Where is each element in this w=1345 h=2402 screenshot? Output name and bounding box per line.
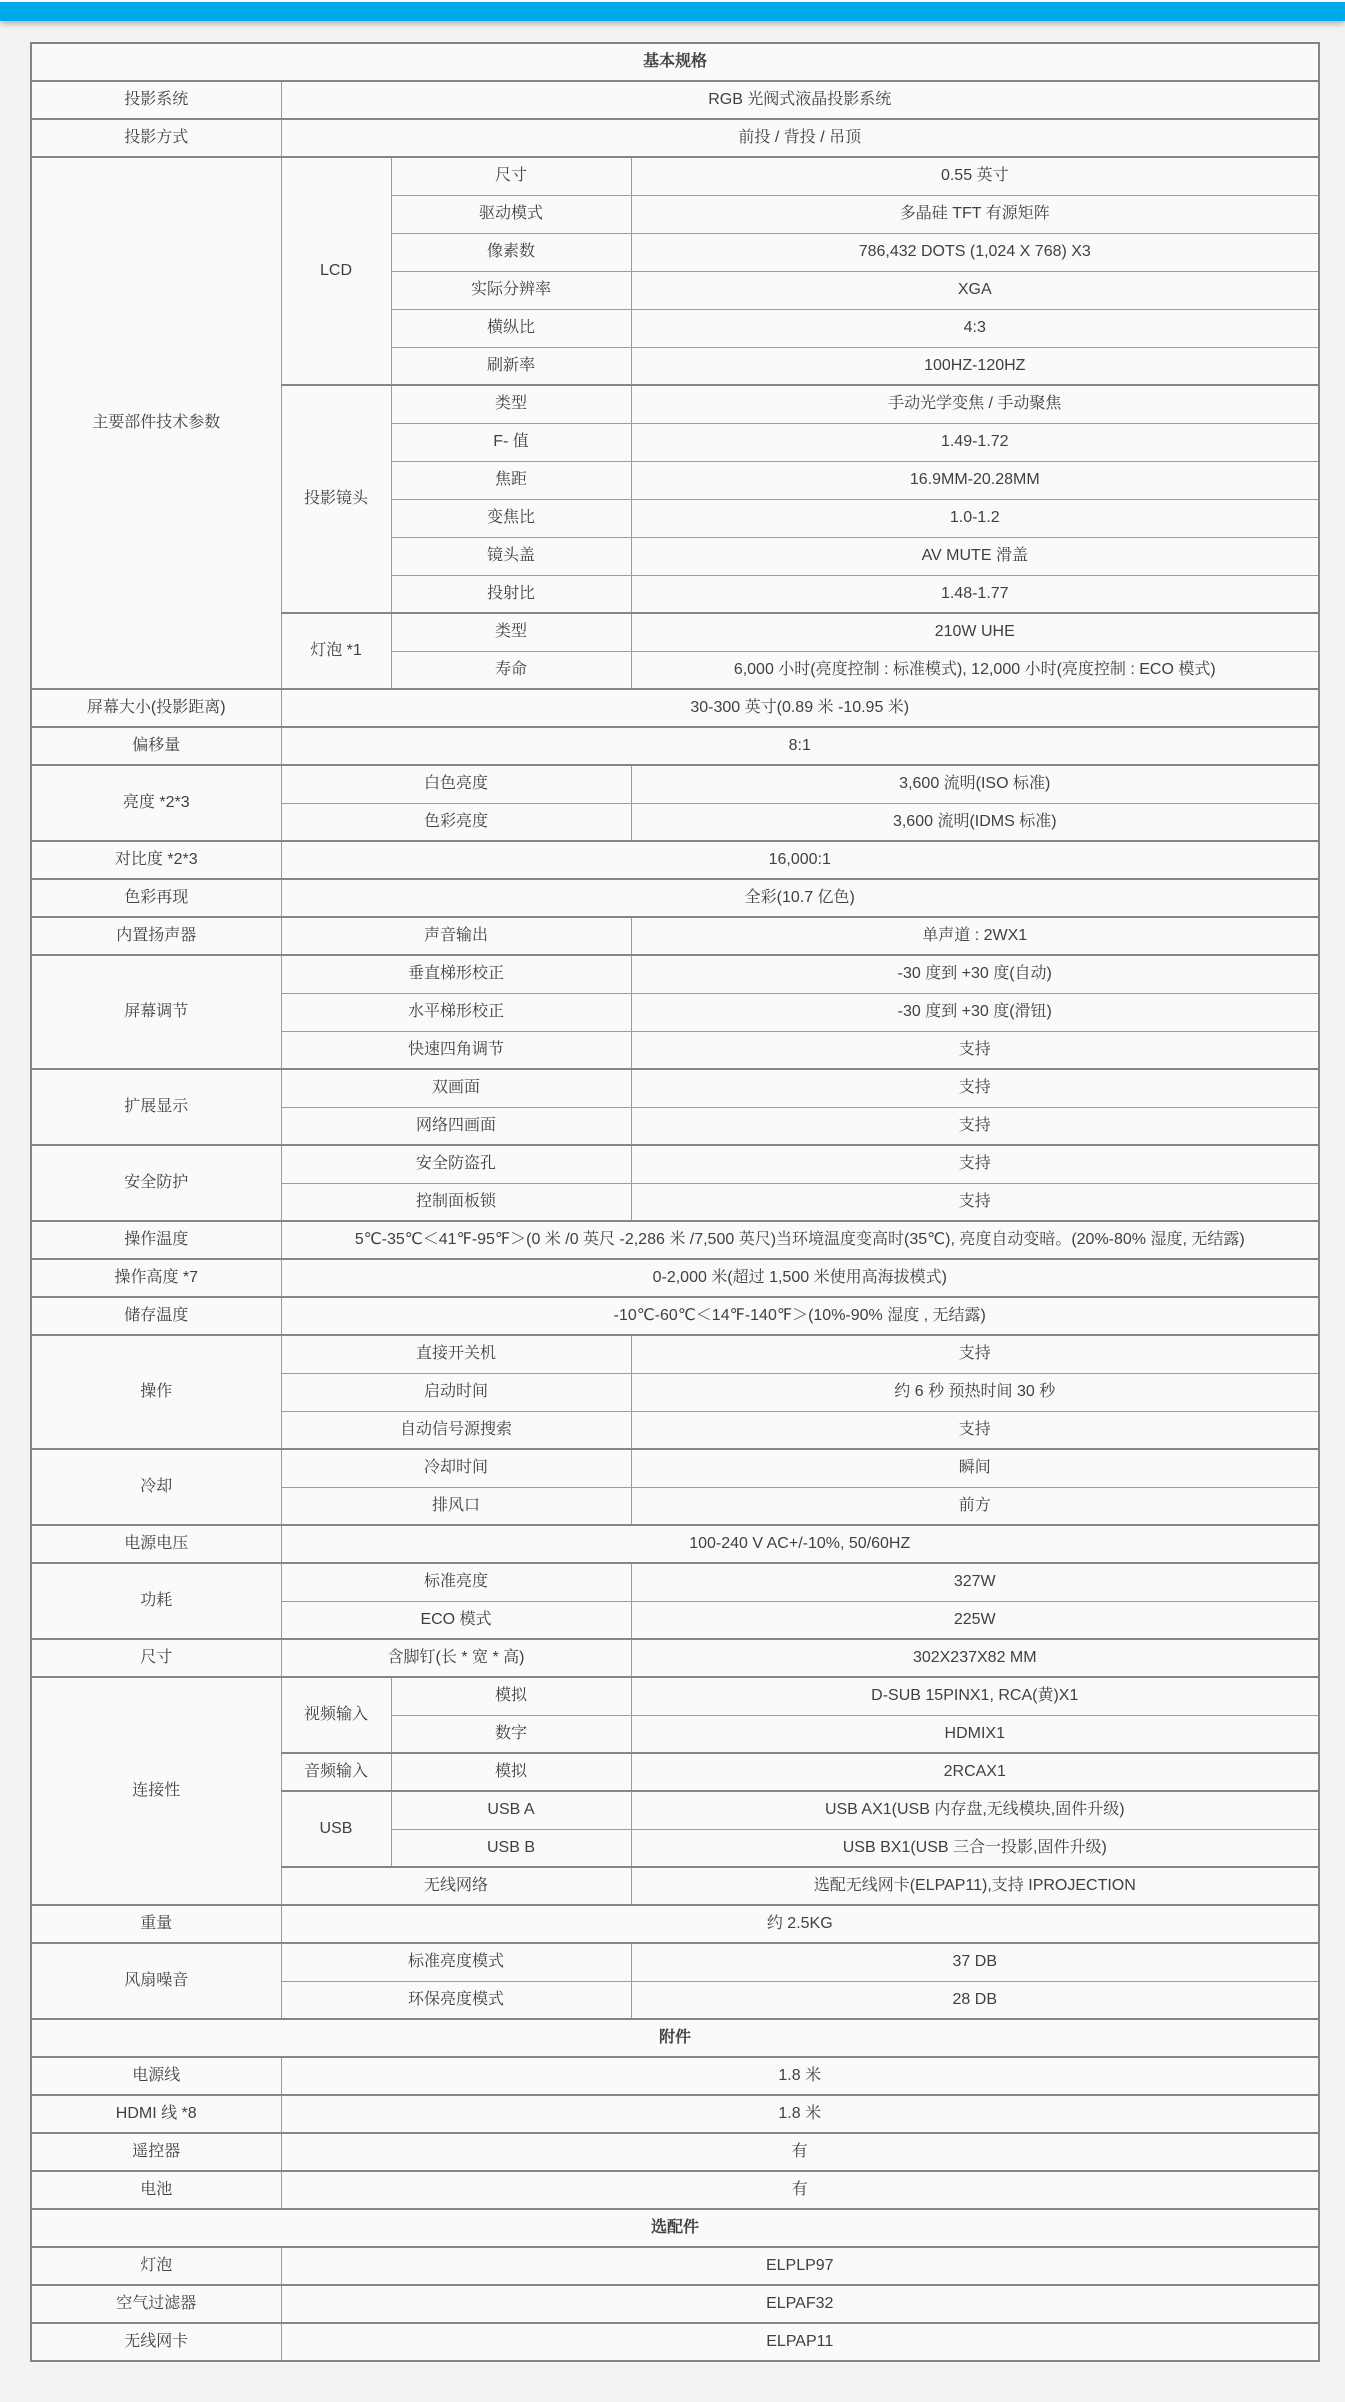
spec-label-cell: 功耗 bbox=[31, 1563, 281, 1639]
spec-label-cell: 色彩亮度 bbox=[281, 803, 631, 841]
spec-label-cell: USB bbox=[281, 1791, 391, 1867]
spec-value-cell: 约 2.5KG bbox=[281, 1905, 1319, 1943]
spec-label-cell: 变焦比 bbox=[391, 499, 631, 537]
spec-label-cell: 遥控器 bbox=[31, 2133, 281, 2171]
spec-value-cell: 327W bbox=[631, 1563, 1319, 1601]
spec-label-cell: 快速四角调节 bbox=[281, 1031, 631, 1069]
spec-value-cell: 1.8 米 bbox=[281, 2095, 1319, 2133]
spec-value-cell: USB BX1(USB 三合一投影,固件升级) bbox=[631, 1829, 1319, 1867]
spec-value-cell: 100-240 V AC+/-10%, 50/60HZ bbox=[281, 1525, 1319, 1563]
spec-label-cell: 电源线 bbox=[31, 2057, 281, 2095]
section-header-row: 附件 bbox=[31, 2019, 1319, 2057]
spec-value-cell: 支持 bbox=[631, 1145, 1319, 1183]
spec-value-cell: -10℃-60℃＜14℉-140℉＞(10%-90% 湿度 , 无结露) bbox=[281, 1297, 1319, 1335]
spec-row: 电池有 bbox=[31, 2171, 1319, 2209]
spec-value-cell: 前投 / 背投 / 吊顶 bbox=[281, 119, 1319, 157]
spec-label-cell: 标准亮度模式 bbox=[281, 1943, 631, 1981]
spec-value-cell: 6,000 小时(亮度控制 : 标准模式), 12,000 小时(亮度控制 : … bbox=[631, 651, 1319, 689]
spec-label-cell: 实际分辨率 bbox=[391, 271, 631, 309]
page-top-accent-bar bbox=[0, 2, 1345, 21]
spec-row: 风扇噪音标准亮度模式37 DB bbox=[31, 1943, 1319, 1981]
spec-label-cell: 类型 bbox=[391, 385, 631, 423]
section-header-cell: 基本规格 bbox=[31, 43, 1319, 81]
section-header-cell: 附件 bbox=[31, 2019, 1319, 2057]
spec-value-cell: AV MUTE 滑盖 bbox=[631, 537, 1319, 575]
spec-label-cell: USB A bbox=[391, 1791, 631, 1829]
spec-value-cell: 1.0-1.2 bbox=[631, 499, 1319, 537]
spec-label-cell: 电池 bbox=[31, 2171, 281, 2209]
spec-label-cell: 镜头盖 bbox=[391, 537, 631, 575]
spec-value-cell: 有 bbox=[281, 2133, 1319, 2171]
spec-row: 色彩再现全彩(10.7 亿色) bbox=[31, 879, 1319, 917]
spec-section: 基本规格投影系统RGB 光阀式液晶投影系统投影方式前投 / 背投 / 吊顶主要部… bbox=[0, 21, 1345, 2376]
spec-value-cell: 2RCAX1 bbox=[631, 1753, 1319, 1791]
spec-value-cell: RGB 光阀式液晶投影系统 bbox=[281, 81, 1319, 119]
spec-label-cell: 白色亮度 bbox=[281, 765, 631, 803]
spec-label-cell: 冷却 bbox=[31, 1449, 281, 1525]
spec-row: 连接性视频输入模拟D-SUB 15PINX1, RCA(黄)X1 bbox=[31, 1677, 1319, 1715]
spec-row: 投影系统RGB 光阀式液晶投影系统 bbox=[31, 81, 1319, 119]
spec-value-cell: 225W bbox=[631, 1601, 1319, 1639]
spec-value-cell: 选配无线网卡(ELPAP11),支持 IPROJECTION bbox=[631, 1867, 1319, 1905]
spec-value-cell: 4:3 bbox=[631, 309, 1319, 347]
spec-label-cell: 无线网卡 bbox=[31, 2323, 281, 2361]
spec-label-cell: 内置扬声器 bbox=[31, 917, 281, 955]
spec-label-cell: 标准亮度 bbox=[281, 1563, 631, 1601]
spec-label-cell: 视频输入 bbox=[281, 1677, 391, 1753]
spec-value-cell: 有 bbox=[281, 2171, 1319, 2209]
spec-label-cell: 水平梯形校正 bbox=[281, 993, 631, 1031]
spec-row: 功耗标准亮度327W bbox=[31, 1563, 1319, 1601]
spec-value-cell: 支持 bbox=[631, 1411, 1319, 1449]
spec-value-cell: ELPAF32 bbox=[281, 2285, 1319, 2323]
spec-value-cell: 前方 bbox=[631, 1487, 1319, 1525]
spec-label-cell: 启动时间 bbox=[281, 1373, 631, 1411]
spec-value-cell: 约 6 秒 预热时间 30 秒 bbox=[631, 1373, 1319, 1411]
spec-row: 安全防护安全防盗孔支持 bbox=[31, 1145, 1319, 1183]
section-header-row: 选配件 bbox=[31, 2209, 1319, 2247]
spec-value-cell: -30 度到 +30 度(自动) bbox=[631, 955, 1319, 993]
spec-row: 投影方式前投 / 背投 / 吊顶 bbox=[31, 119, 1319, 157]
spec-row: 屏幕调节垂直梯形校正-30 度到 +30 度(自动) bbox=[31, 955, 1319, 993]
spec-label-cell: 模拟 bbox=[391, 1753, 631, 1791]
spec-label-cell: 偏移量 bbox=[31, 727, 281, 765]
spec-label-cell: 电源电压 bbox=[31, 1525, 281, 1563]
spec-label-cell: 色彩再现 bbox=[31, 879, 281, 917]
spec-row: 操作温度5℃-35℃＜41℉-95℉＞(0 米 /0 英尺 -2,286 米 /… bbox=[31, 1221, 1319, 1259]
spec-label-cell: 亮度 *2*3 bbox=[31, 765, 281, 841]
spec-row: 操作高度 *70-2,000 米(超过 1,500 米使用高海拔模式) bbox=[31, 1259, 1319, 1297]
spec-row: 遥控器有 bbox=[31, 2133, 1319, 2171]
spec-row: 储存温度-10℃-60℃＜14℉-140℉＞(10%-90% 湿度 , 无结露) bbox=[31, 1297, 1319, 1335]
spec-value-cell: 支持 bbox=[631, 1069, 1319, 1107]
spec-label-cell: 操作高度 *7 bbox=[31, 1259, 281, 1297]
spec-value-cell: 5℃-35℃＜41℉-95℉＞(0 米 /0 英尺 -2,286 米 /7,50… bbox=[281, 1221, 1319, 1259]
spec-value-cell: USB AX1(USB 内存盘,无线模块,固件升级) bbox=[631, 1791, 1319, 1829]
spec-row: 冷却冷却时间瞬间 bbox=[31, 1449, 1319, 1487]
spec-label-cell: 像素数 bbox=[391, 233, 631, 271]
spec-value-cell: 支持 bbox=[631, 1107, 1319, 1145]
spec-label-cell: 声音输出 bbox=[281, 917, 631, 955]
spec-value-cell: 手动光学变焦 / 手动聚焦 bbox=[631, 385, 1319, 423]
spec-label-cell: 屏幕调节 bbox=[31, 955, 281, 1069]
spec-label-cell: LCD bbox=[281, 157, 391, 385]
spec-label-cell: 扩展显示 bbox=[31, 1069, 281, 1145]
spec-table: 基本规格投影系统RGB 光阀式液晶投影系统投影方式前投 / 背投 / 吊顶主要部… bbox=[30, 42, 1320, 2362]
spec-table-body: 基本规格投影系统RGB 光阀式液晶投影系统投影方式前投 / 背投 / 吊顶主要部… bbox=[31, 43, 1319, 2361]
spec-value-cell: 37 DB bbox=[631, 1943, 1319, 1981]
spec-label-cell: 对比度 *2*3 bbox=[31, 841, 281, 879]
spec-row: 内置扬声器声音输出单声道 : 2WX1 bbox=[31, 917, 1319, 955]
spec-label-cell: 无线网络 bbox=[281, 1867, 631, 1905]
spec-row: 扩展显示双画面支持 bbox=[31, 1069, 1319, 1107]
spec-label-cell: 屏幕大小(投影距离) bbox=[31, 689, 281, 727]
spec-row: 对比度 *2*316,000:1 bbox=[31, 841, 1319, 879]
spec-value-cell: 210W UHE bbox=[631, 613, 1319, 651]
spec-label-cell: 寿命 bbox=[391, 651, 631, 689]
spec-label-cell: 投影镜头 bbox=[281, 385, 391, 613]
spec-label-cell: 投影系统 bbox=[31, 81, 281, 119]
spec-value-cell: 16,000:1 bbox=[281, 841, 1319, 879]
spec-label-cell: 空气过滤器 bbox=[31, 2285, 281, 2323]
spec-row: 灯泡ELPLP97 bbox=[31, 2247, 1319, 2285]
spec-label-cell: 模拟 bbox=[391, 1677, 631, 1715]
spec-label-cell: 冷却时间 bbox=[281, 1449, 631, 1487]
spec-row: 操作直接开关机支持 bbox=[31, 1335, 1319, 1373]
spec-label-cell: 含脚钉(长 * 宽 * 高) bbox=[281, 1639, 631, 1677]
spec-label-cell: 排风口 bbox=[281, 1487, 631, 1525]
spec-value-cell: 0-2,000 米(超过 1,500 米使用高海拔模式) bbox=[281, 1259, 1319, 1297]
spec-value-cell: 多晶硅 TFT 有源矩阵 bbox=[631, 195, 1319, 233]
spec-label-cell: 灯泡 bbox=[31, 2247, 281, 2285]
spec-label-cell: 投射比 bbox=[391, 575, 631, 613]
spec-label-cell: 驱动模式 bbox=[391, 195, 631, 233]
spec-label-cell: 尺寸 bbox=[391, 157, 631, 195]
spec-label-cell: F- 值 bbox=[391, 423, 631, 461]
spec-row: 电源线1.8 米 bbox=[31, 2057, 1319, 2095]
spec-label-cell: 类型 bbox=[391, 613, 631, 651]
spec-label-cell: 控制面板锁 bbox=[281, 1183, 631, 1221]
spec-value-cell: 支持 bbox=[631, 1335, 1319, 1373]
spec-label-cell: 连接性 bbox=[31, 1677, 281, 1905]
spec-value-cell: 786,432 DOTS (1,024 X 768) X3 bbox=[631, 233, 1319, 271]
spec-label-cell: 刷新率 bbox=[391, 347, 631, 385]
spec-label-cell: 横纵比 bbox=[391, 309, 631, 347]
spec-value-cell: ELPAP11 bbox=[281, 2323, 1319, 2361]
spec-value-cell: 支持 bbox=[631, 1183, 1319, 1221]
spec-row: HDMI 线 *81.8 米 bbox=[31, 2095, 1319, 2133]
spec-label-cell: 直接开关机 bbox=[281, 1335, 631, 1373]
spec-value-cell: ELPLP97 bbox=[281, 2247, 1319, 2285]
spec-row: 主要部件技术参数LCD尺寸0.55 英寸 bbox=[31, 157, 1319, 195]
spec-value-cell: 支持 bbox=[631, 1031, 1319, 1069]
spec-label-cell: 安全防护 bbox=[31, 1145, 281, 1221]
section-header-row: 基本规格 bbox=[31, 43, 1319, 81]
spec-value-cell: -30 度到 +30 度(滑钮) bbox=[631, 993, 1319, 1031]
spec-row: 偏移量8:1 bbox=[31, 727, 1319, 765]
spec-label-cell: USB B bbox=[391, 1829, 631, 1867]
spec-value-cell: 100HZ-120HZ bbox=[631, 347, 1319, 385]
spec-label-cell: 双画面 bbox=[281, 1069, 631, 1107]
spec-value-cell: 16.9MM-20.28MM bbox=[631, 461, 1319, 499]
spec-label-cell: 重量 bbox=[31, 1905, 281, 1943]
spec-label-cell: 操作温度 bbox=[31, 1221, 281, 1259]
spec-row: 亮度 *2*3白色亮度3,600 流明(ISO 标准) bbox=[31, 765, 1319, 803]
spec-value-cell: XGA bbox=[631, 271, 1319, 309]
spec-label-cell: 投影方式 bbox=[31, 119, 281, 157]
spec-label-cell: 数字 bbox=[391, 1715, 631, 1753]
spec-label-cell: 网络四画面 bbox=[281, 1107, 631, 1145]
spec-label-cell: 操作 bbox=[31, 1335, 281, 1449]
spec-label-cell: 储存温度 bbox=[31, 1297, 281, 1335]
spec-label-cell: 尺寸 bbox=[31, 1639, 281, 1677]
spec-value-cell: HDMIX1 bbox=[631, 1715, 1319, 1753]
spec-label-cell: 垂直梯形校正 bbox=[281, 955, 631, 993]
spec-value-cell: 全彩(10.7 亿色) bbox=[281, 879, 1319, 917]
spec-value-cell: 1.49-1.72 bbox=[631, 423, 1319, 461]
spec-label-cell: 灯泡 *1 bbox=[281, 613, 391, 689]
spec-row: 屏幕大小(投影距离)30-300 英寸(0.89 米 -10.95 米) bbox=[31, 689, 1319, 727]
spec-row: 无线网卡ELPAP11 bbox=[31, 2323, 1319, 2361]
spec-value-cell: 3,600 流明(IDMS 标准) bbox=[631, 803, 1319, 841]
spec-value-cell: 瞬间 bbox=[631, 1449, 1319, 1487]
spec-value-cell: 3,600 流明(ISO 标准) bbox=[631, 765, 1319, 803]
spec-value-cell: 8:1 bbox=[281, 727, 1319, 765]
spec-row: 空气过滤器ELPAF32 bbox=[31, 2285, 1319, 2323]
spec-label-cell: 音频输入 bbox=[281, 1753, 391, 1791]
spec-row: 重量约 2.5KG bbox=[31, 1905, 1319, 1943]
spec-label-cell: 环保亮度模式 bbox=[281, 1981, 631, 2019]
spec-value-cell: D-SUB 15PINX1, RCA(黄)X1 bbox=[631, 1677, 1319, 1715]
spec-value-cell: 302X237X82 MM bbox=[631, 1639, 1319, 1677]
spec-value-cell: 28 DB bbox=[631, 1981, 1319, 2019]
spec-value-cell: 0.55 英寸 bbox=[631, 157, 1319, 195]
section-header-cell: 选配件 bbox=[31, 2209, 1319, 2247]
spec-label-cell: 风扇噪音 bbox=[31, 1943, 281, 2019]
spec-value-cell: 30-300 英寸(0.89 米 -10.95 米) bbox=[281, 689, 1319, 727]
page: 基本规格投影系统RGB 光阀式液晶投影系统投影方式前投 / 背投 / 吊顶主要部… bbox=[0, 0, 1345, 2376]
spec-value-cell: 1.48-1.77 bbox=[631, 575, 1319, 613]
spec-label-cell: 焦距 bbox=[391, 461, 631, 499]
spec-label-cell: 自动信号源搜索 bbox=[281, 1411, 631, 1449]
spec-row: 尺寸含脚钉(长 * 宽 * 高)302X237X82 MM bbox=[31, 1639, 1319, 1677]
spec-label-cell: HDMI 线 *8 bbox=[31, 2095, 281, 2133]
spec-row: 电源电压100-240 V AC+/-10%, 50/60HZ bbox=[31, 1525, 1319, 1563]
spec-value-cell: 单声道 : 2WX1 bbox=[631, 917, 1319, 955]
spec-label-cell: 安全防盗孔 bbox=[281, 1145, 631, 1183]
spec-label-cell: 主要部件技术参数 bbox=[31, 157, 281, 689]
spec-label-cell: ECO 模式 bbox=[281, 1601, 631, 1639]
spec-value-cell: 1.8 米 bbox=[281, 2057, 1319, 2095]
